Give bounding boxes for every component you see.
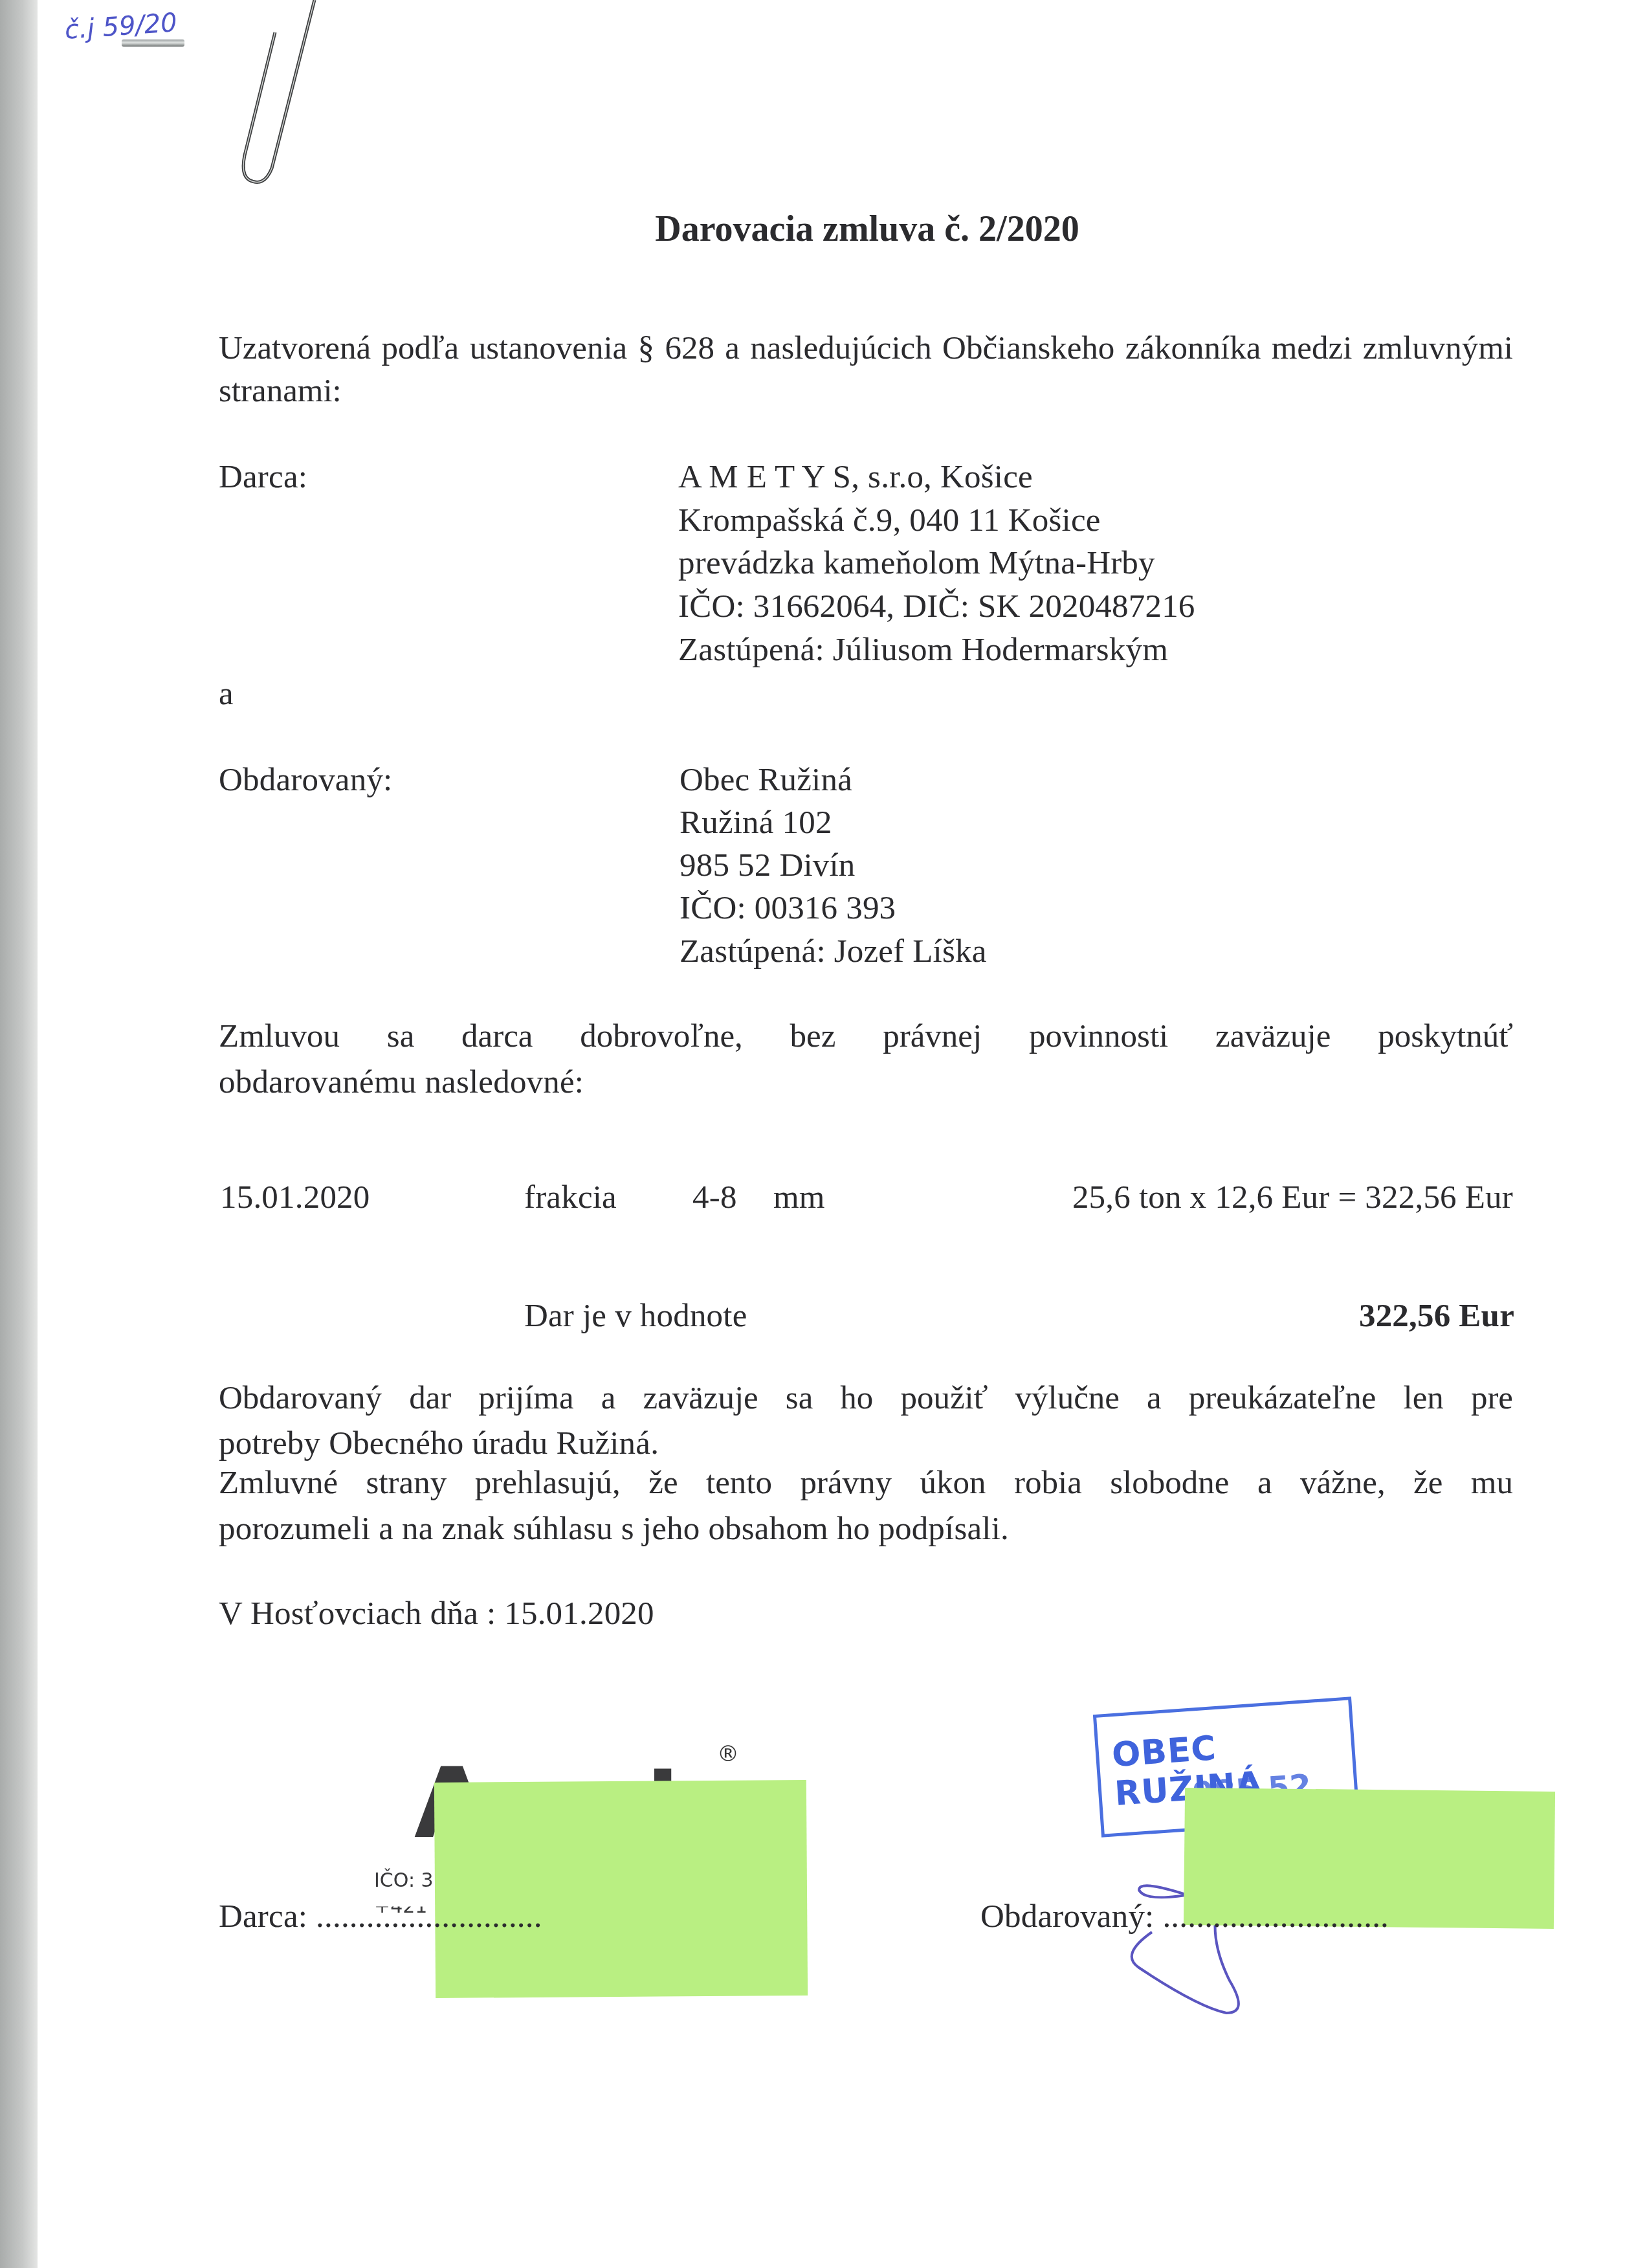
recipient-signature-label: Obdarovaný: ........................... [980, 1900, 1389, 1933]
handwritten-signature-icon [0, 0, 1636, 2268]
